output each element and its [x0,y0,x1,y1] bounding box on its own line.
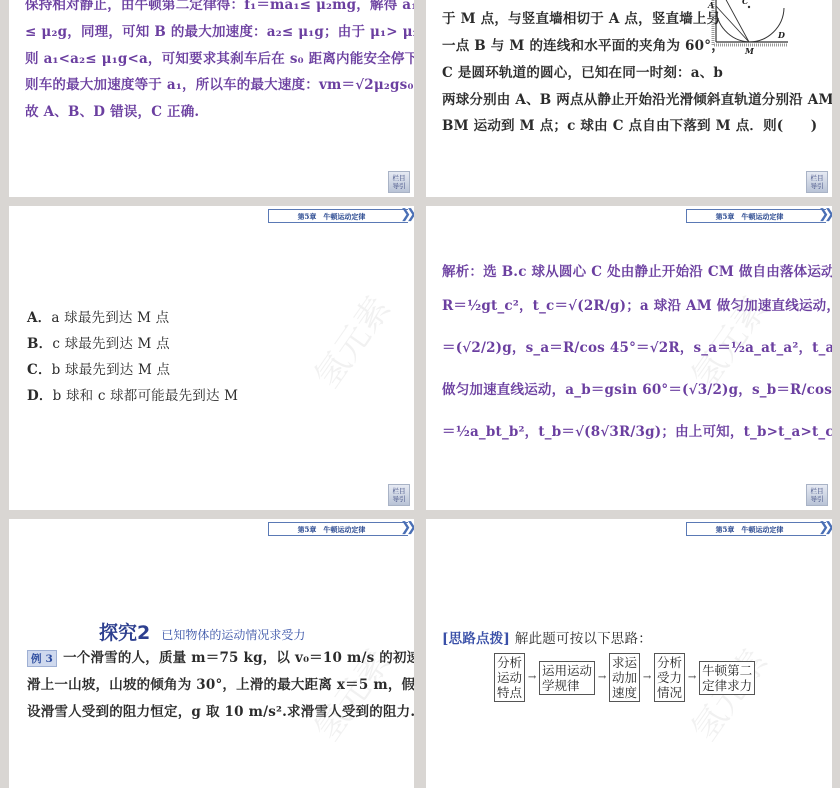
text-line: C 是圆环轨道的圆心，已知在同一时刻：a、b [442,61,723,81]
section-subtitle: 已知物体的运动情况求受力 [161,628,305,642]
analysis-line: 做匀加速直线运动，a_b＝gsin 60°＝(√3/2)g，s_b＝R/cos … [442,378,832,398]
option-text: c 球最先到达 M 点 [52,336,169,352]
flow-step-4: 分析受力情况 [654,653,685,702]
nav-guide-button[interactable]: 栏目 导引 [806,171,828,193]
hint-text: 解此题可按以下思路： [515,631,652,647]
option-a: A．a 球最先到达 M 点 [27,306,169,326]
text-line: 一点 B 与 M 的连线和水平面的夹角为 60°， [442,34,725,54]
chapter-tag[interactable]: 第5章 牛顿运动定律 ❯❯ [268,522,408,536]
slide-analysis: 第5章 牛顿运动定律 ❯❯ 氢元素 解析：选 B.c 球从圆心 C 处由静止开始… [426,206,832,510]
flow-step-2: 运用运动学规律 [539,661,595,695]
nav-guide-button[interactable]: 栏目 导引 [388,171,410,193]
double-chevron-icon: ❯❯ [818,208,830,222]
chapter-tag[interactable]: 第5章 牛顿运动定律 ❯❯ [686,209,826,223]
label-a: A [707,0,714,10]
double-chevron-icon: ❯❯ [818,521,830,535]
analysis-line: ＝(√2/2)g，s_a＝R/cos 45°＝√2R，s_a＝½a_at_a²，… [442,336,832,356]
hint-label: [思路点拨] [442,631,510,647]
chapter-title: 第5章 牛顿运动定律 [716,212,784,221]
option-letter: D． [27,388,53,404]
nav-guide-button[interactable]: 栏目 导引 [806,484,828,506]
text-line: 两球分别由 A、B 两点从静止开始沿光滑倾斜直轨道分别沿 AM、 [442,88,832,108]
chapter-tag[interactable]: 第5章 牛顿运动定律 ❯❯ [686,522,826,536]
option-text: a 球最先到达 M 点 [51,310,169,326]
problem-line: 滑上一山坡，山坡的倾角为 30°，上滑的最大距离 x＝5 m，假 [27,673,414,693]
text-line: 则 a₁<a₂≤ μ₁g<a，可知要求其刹车后在 s₀ 距离内能安全停下， [25,47,414,67]
nav-label: 栏目 [389,487,409,495]
flow-step-1: 分析运动特点 [494,653,525,702]
text-line: ≤ μ₂g，同理，可知 B 的最大加速度：a₂≤ μ₁g；由于 μ₁> μ₂， [25,20,414,40]
analysis-line: ＝½a_bt_b²，t_b＝√(8√3R/3g)；由上可知，t_b>t_a>t_… [442,420,832,440]
circle-track-diagram: A C D M [706,0,796,60]
nav-label: 栏目 [807,487,827,495]
nav-label: 栏目 [389,174,409,182]
slide-options: 第5章 牛顿运动定律 ❯❯ 氢元素 A．a 球最先到达 M 点 B．c 球最先到… [9,206,414,510]
arrow-right-icon: → [685,672,699,683]
analysis-line: 解析：选 B.c 球从圆心 C 处由静止开始沿 CM 做自由落体运动， [442,260,832,280]
chapter-title: 第5章 牛顿运动定律 [298,212,366,221]
flow-step-5: 牛顿第二定律求力 [699,661,755,695]
analysis-line: R＝½gt_c²，t_c＝√(2R/g)；a 球沿 AM 做匀加速直线运动，a_… [442,294,832,314]
section-heading: 探究2 已知物体的运动情况求受力 [99,618,305,645]
chapter-tag[interactable]: 第5章 牛顿运动定律 ❯❯ [268,209,408,223]
option-c: C．b 球最先到达 M 点 [27,358,170,378]
text-line: 保持相对静止，由牛顿第二定律得：f₁＝ma₁≤ μ₂mg，解得 a₁ [25,0,414,13]
nav-guide-button[interactable]: 栏目 导引 [388,484,410,506]
nav-label: 导引 [807,495,827,503]
text-line: 故 A、B、D 错误，C 正确. [25,100,199,120]
nav-label: 导引 [389,495,409,503]
text-line: BM 运动到 M 点；c 球由 C 点自由下落到 M 点．则( ) [442,114,817,134]
text-line: 则车的最大加速度等于 a₁，所以车的最大速度：vm＝√2μ₂gs₀， [25,73,414,93]
double-chevron-icon: ❯❯ [400,208,412,222]
hint-line: [思路点拨] 解此题可按以下思路： [442,627,652,647]
problem-text: 一个滑雪的人，质量 m＝75 kg，以 v₀＝10 m/s 的初速度 [63,650,414,666]
section-title: 探究2 [99,622,150,644]
nav-label: 导引 [807,182,827,190]
slide-question: 于 M 点，与竖直墙相切于 A 点，竖直墙上另 一点 B 与 M 的连线和水平面… [426,0,832,197]
label-c: C [742,0,749,6]
slide-solution-continued: 保持相对静止，由牛顿第二定律得：f₁＝ma₁≤ μ₂mg，解得 a₁ ≤ μ₂g… [9,0,414,197]
nav-label: 导引 [389,182,409,190]
option-letter: A． [27,310,51,326]
text-line: 于 M 点，与竖直墙相切于 A 点，竖直墙上另 [442,7,720,27]
option-d: D．b 球和 c 球都可能最先到达 M [27,384,238,404]
slide-hint: 第5章 牛顿运动定律 ❯❯ 氢元素 [思路点拨] 解此题可按以下思路： 分析运动… [426,519,832,788]
nav-label: 栏目 [807,174,827,182]
problem-line: 设滑雪人受到的阻力恒定，g 取 10 m/s².求滑雪人受到的阻力. [27,700,414,720]
chapter-title: 第5章 牛顿运动定律 [298,525,366,534]
watermark: 氢元素 [301,285,400,397]
option-b: B．c 球最先到达 M 点 [27,332,170,352]
chapter-title: 第5章 牛顿运动定律 [716,525,784,534]
option-text: b 球和 c 球都可能最先到达 M [53,388,239,404]
option-text: b 球最先到达 M 点 [52,362,171,378]
label-m: M [744,46,755,56]
label-d: D [777,30,785,40]
arrow-right-icon: → [595,672,609,683]
option-letter: B． [27,336,52,352]
slide-example-3: 第5章 牛顿运动定律 ❯❯ 氢元素 探究2 已知物体的运动情况求受力 例 3一个… [9,519,414,788]
arrow-right-icon: → [525,672,539,683]
flow-step-3: 求运动加速度 [609,653,640,702]
flowchart: 分析运动特点 → 运用运动学规律 → 求运动加速度 → 分析受力情况 → 牛顿第… [494,653,755,702]
problem-line: 例 3一个滑雪的人，质量 m＝75 kg，以 v₀＝10 m/s 的初速度 [27,646,414,667]
example-badge: 例 3 [27,650,57,667]
option-letter: C． [27,362,52,378]
double-chevron-icon: ❯❯ [400,521,412,535]
arrow-right-icon: → [640,672,654,683]
